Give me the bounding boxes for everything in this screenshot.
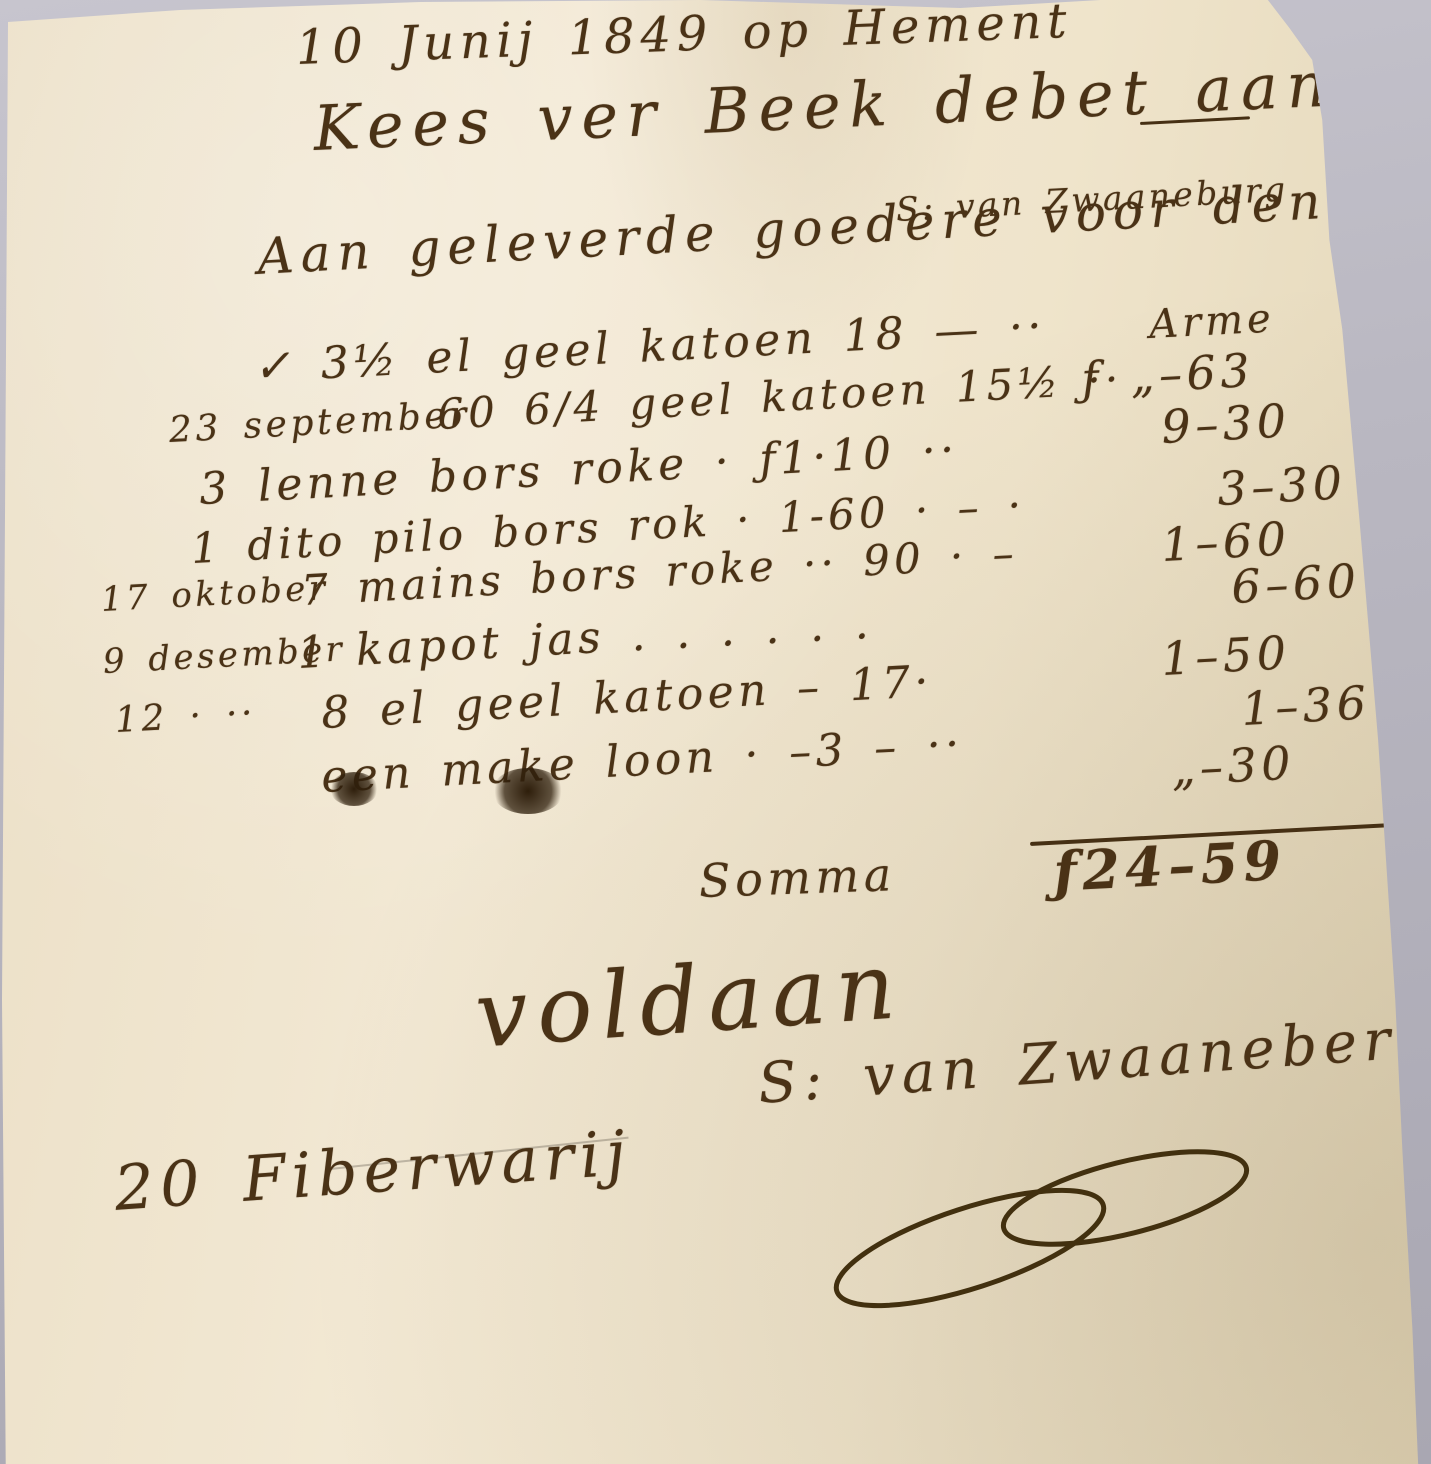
item-amount: 1–50 [1160,625,1292,686]
item-date: 17 oktober [100,568,329,620]
item-date: 12 · ·· [114,693,257,741]
item-date: 23 september [168,394,471,451]
ink-blot [330,772,378,806]
item-amount: 3–30 [1216,455,1348,516]
receipt-paper: 10 Junij 1849 op Hement Kees ver Beek de… [0,0,1431,1464]
item-amount: 9–30 [1160,393,1292,454]
ink-blot [492,768,564,814]
total-label: Somma [698,847,897,908]
signature-flourish [820,1120,1280,1320]
item-amount: 1–36 [1240,675,1372,736]
footer-date: 20 Fiberwarij [112,1116,634,1225]
recipient-word: Arme [1148,295,1276,348]
delivery-line: Aan geleverde goedere voor den [256,172,1329,286]
item-amount: 6–60 [1230,553,1362,614]
item-amount: „–30 [1170,736,1296,796]
total-amount: ƒ24–59 [1052,828,1288,904]
